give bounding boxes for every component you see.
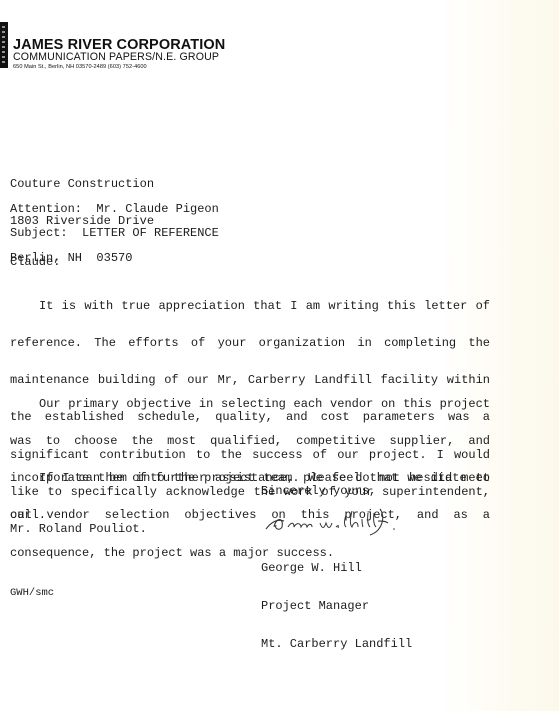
- signer-title: Project Manager: [261, 600, 412, 613]
- signer-name: George W. Hill: [261, 562, 412, 575]
- paragraph-line: was to choose the most qualified, compet…: [10, 435, 490, 447]
- closing: Sincerely yours,: [261, 484, 376, 498]
- paragraph-line: Our primary objective in selecting each …: [10, 398, 490, 410]
- letterhead-company: JAMES RIVER CORPORATION: [13, 38, 225, 52]
- letterhead: JAMES RIVER CORPORATION COMMUNICATION PA…: [13, 38, 225, 71]
- paragraph-line: reference. The efforts of your organizat…: [10, 337, 490, 349]
- letterhead-division: COMMUNICATION PAPERS/N.E. GROUP: [13, 52, 225, 63]
- reference-initials: GWH/smc: [10, 587, 54, 599]
- signer-organization: Mt. Carberry Landfill: [261, 638, 412, 651]
- scan-edge-mark: [0, 22, 8, 68]
- body-paragraph-3: If I can be of further assistance, pleas…: [10, 447, 490, 534]
- letterhead-address: 650 Main St., Berlin, NH 03570-2489 (603…: [13, 63, 225, 71]
- handwritten-signature-icon: George W. Hill: [262, 507, 402, 537]
- paragraph-line: call.: [10, 509, 490, 521]
- subject-line: Subject: LETTER OF REFERENCE: [10, 227, 219, 239]
- attention-line: Attention: Mr. Claude Pigeon: [10, 203, 219, 215]
- salutation: Claude:: [10, 256, 60, 268]
- signer-block: George W. Hill Project Manager Mt. Carbe…: [261, 536, 412, 664]
- paragraph-line: If I can be of further assistance, pleas…: [10, 472, 490, 484]
- paragraph-line: consequence, the project was a major suc…: [10, 547, 490, 559]
- recipient-line: Couture Construction: [10, 178, 154, 190]
- paragraph-line: It is with true appreciation that I am w…: [10, 300, 490, 312]
